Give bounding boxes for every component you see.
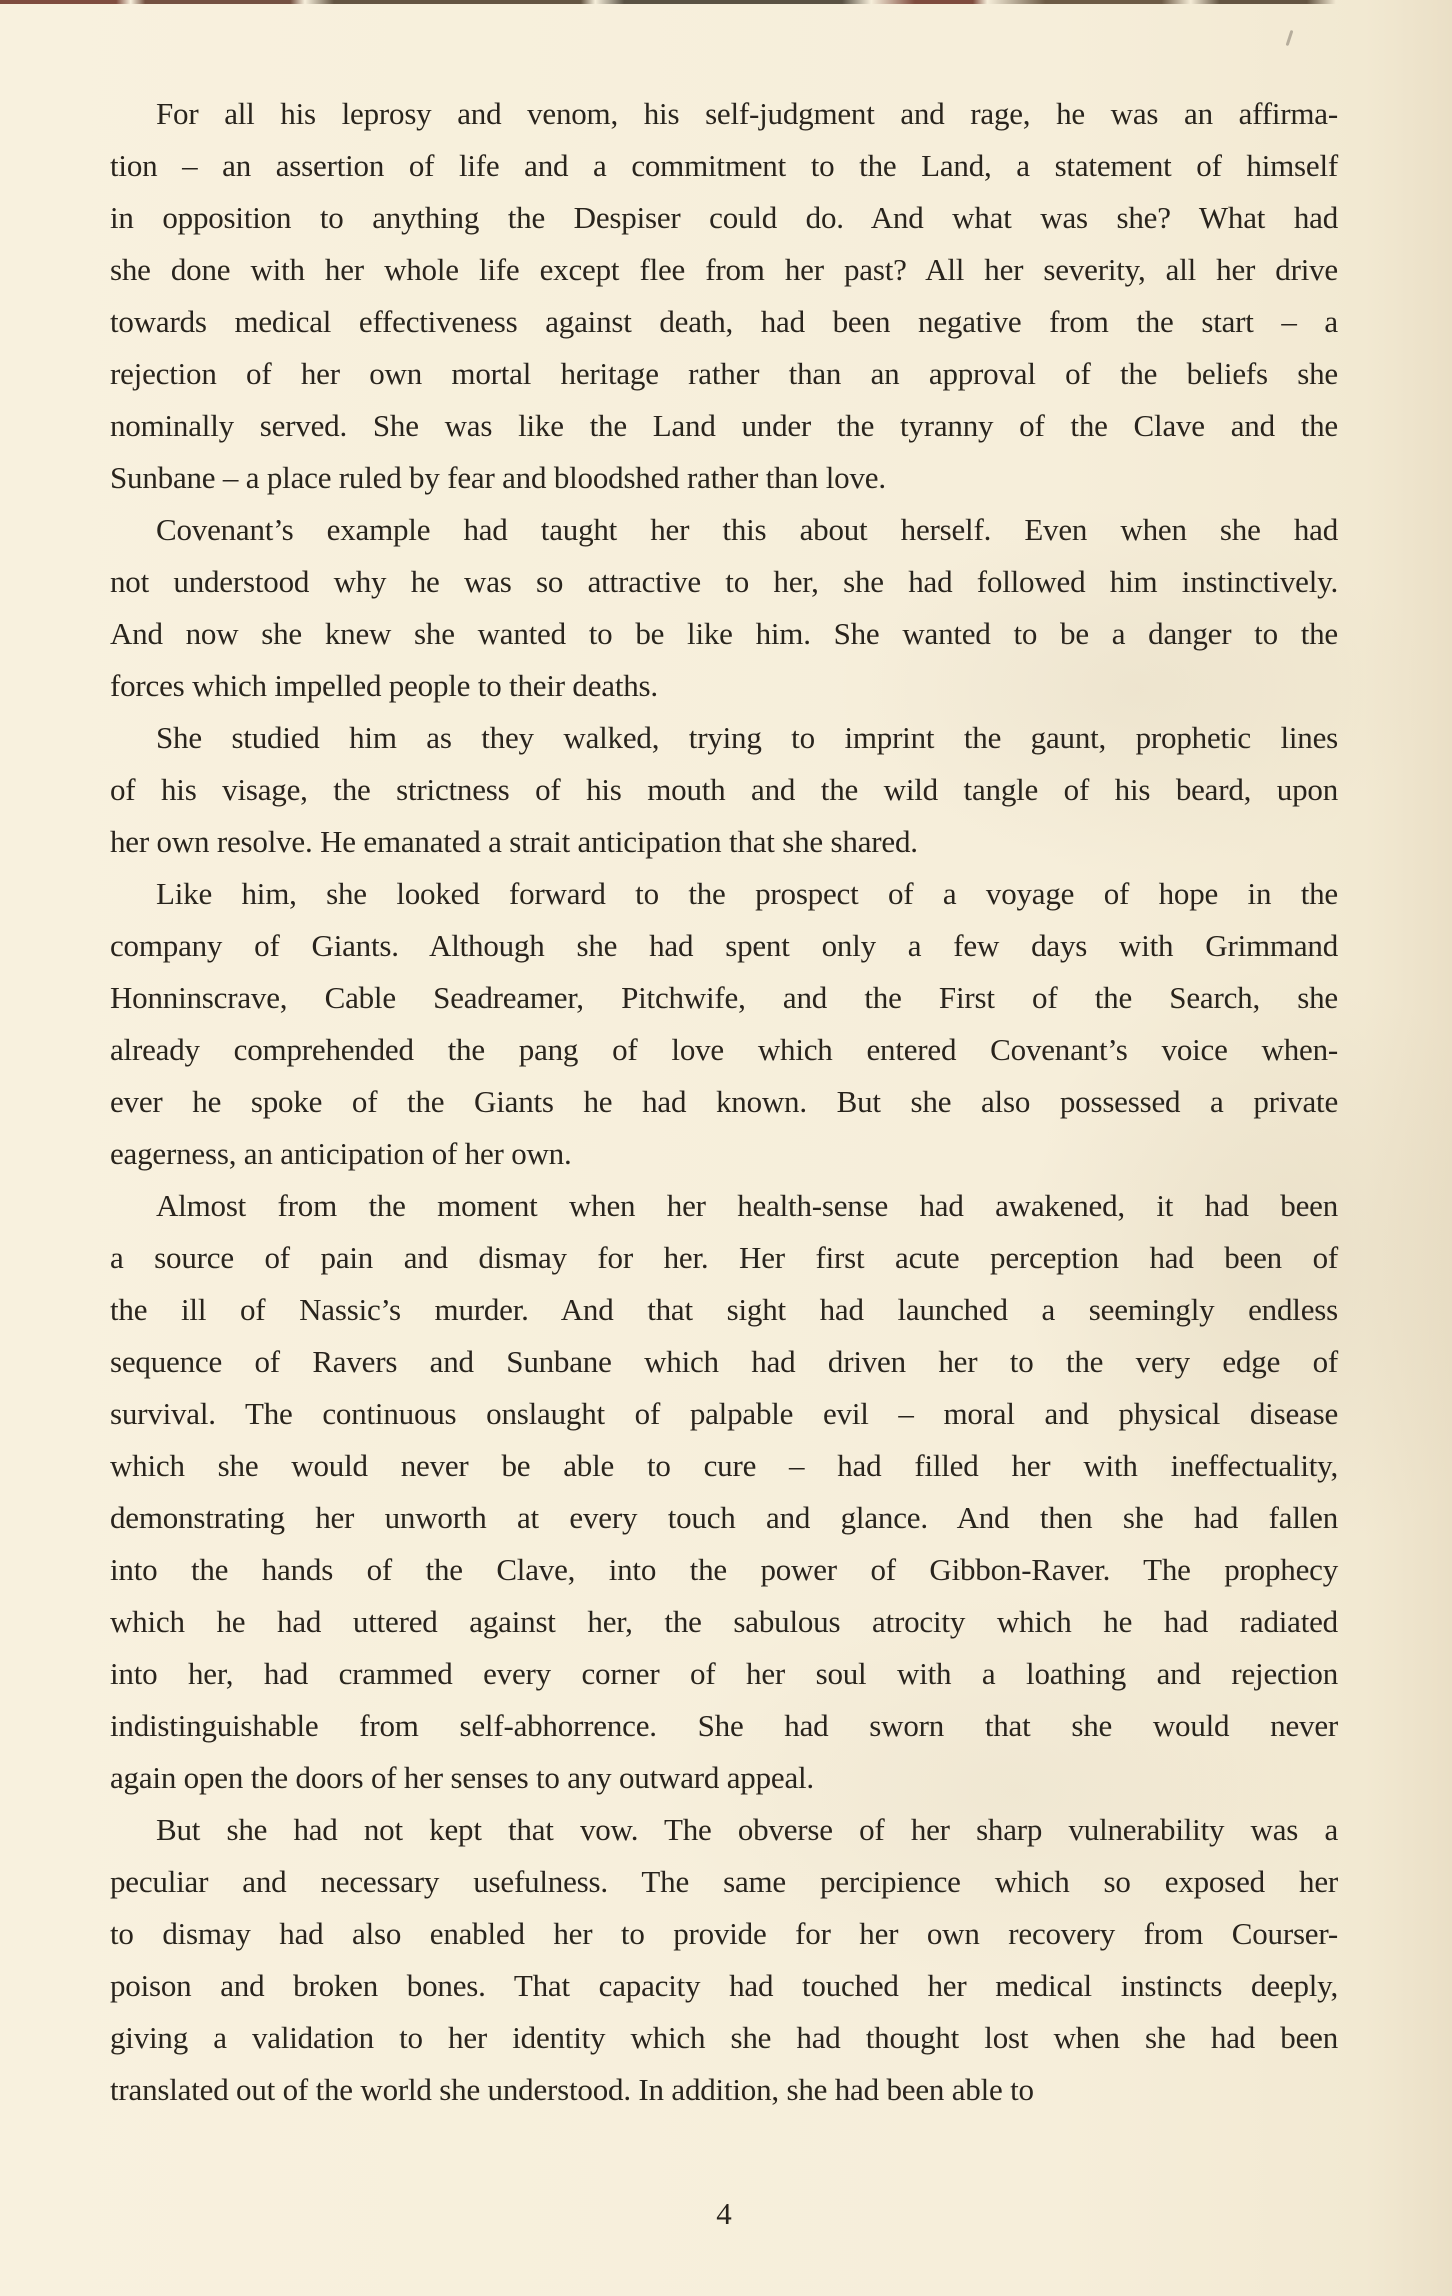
page-number: 4 [110,2196,1338,2232]
text-line: giving a validation to her identity whic… [110,2012,1338,2064]
text-line: of his visage, the strictness of his mou… [110,764,1338,816]
text-line: forces which impelled people to their de… [110,660,1338,712]
text-line: Like him, she looked forward to the pros… [110,868,1338,920]
text-line: Honninscrave, Cable Seadreamer, Pitchwif… [110,972,1338,1024]
text-line: she done with her whole life except flee… [110,244,1338,296]
scan-artifact-mark [1286,30,1294,46]
text-line: Sunbane – a place ruled by fear and bloo… [110,452,1338,504]
text-line: Almost from the moment when her health-s… [110,1180,1338,1232]
text-line: sequence of Ravers and Sunbane which had… [110,1336,1338,1388]
text-line: For all his leprosy and venom, his self-… [110,88,1338,140]
text-line: into the hands of the Clave, into the po… [110,1544,1338,1596]
text-line: She studied him as they walked, trying t… [110,712,1338,764]
page-top-scan-edge [0,0,1452,4]
text-line: the ill of Nassic’s murder. And that sig… [110,1284,1338,1336]
text-line: translated out of the world she understo… [110,2064,1338,2116]
text-line: not understood why he was so attractive … [110,556,1338,608]
text-line: demonstrating her unworth at every touch… [110,1492,1338,1544]
book-page: { "page": { "background_color": "#f6eeda… [0,0,1452,2296]
text-line: to dismay had also enabled her to provid… [110,1908,1338,1960]
text-line: which he had uttered against her, the sa… [110,1596,1338,1648]
body-text: For all his leprosy and venom, his self-… [110,88,1338,2116]
text-line: her own resolve. He emanated a strait an… [110,816,1338,868]
text-line: again open the doors of her senses to an… [110,1752,1338,1804]
text-line: already comprehended the pang of love wh… [110,1024,1338,1076]
text-line: into her, had crammed every corner of he… [110,1648,1338,1700]
text-line: eagerness, an anticipation of her own. [110,1128,1338,1180]
text-line: survival. The continuous onslaught of pa… [110,1388,1338,1440]
text-line: poison and broken bones. That capacity h… [110,1960,1338,2012]
text-line: ever he spoke of the Giants he had known… [110,1076,1338,1128]
text-line: indistinguishable from self-abhorrence. … [110,1700,1338,1752]
text-line: But she had not kept that vow. The obver… [110,1804,1338,1856]
text-line: rejection of her own mortal heritage rat… [110,348,1338,400]
text-line: which she would never be able to cure – … [110,1440,1338,1492]
text-line: a source of pain and dismay for her. Her… [110,1232,1338,1284]
text-line: And now she knew she wanted to be like h… [110,608,1338,660]
text-line: tion – an assertion of life and a commit… [110,140,1338,192]
text-line: Covenant’s example had taught her this a… [110,504,1338,556]
text-line: towards medical effectiveness against de… [110,296,1338,348]
text-line: peculiar and necessary usefulness. The s… [110,1856,1338,1908]
text-line: in opposition to anything the Despiser c… [110,192,1338,244]
text-line: company of Giants. Although she had spen… [110,920,1338,972]
text-line: nominally served. She was like the Land … [110,400,1338,452]
